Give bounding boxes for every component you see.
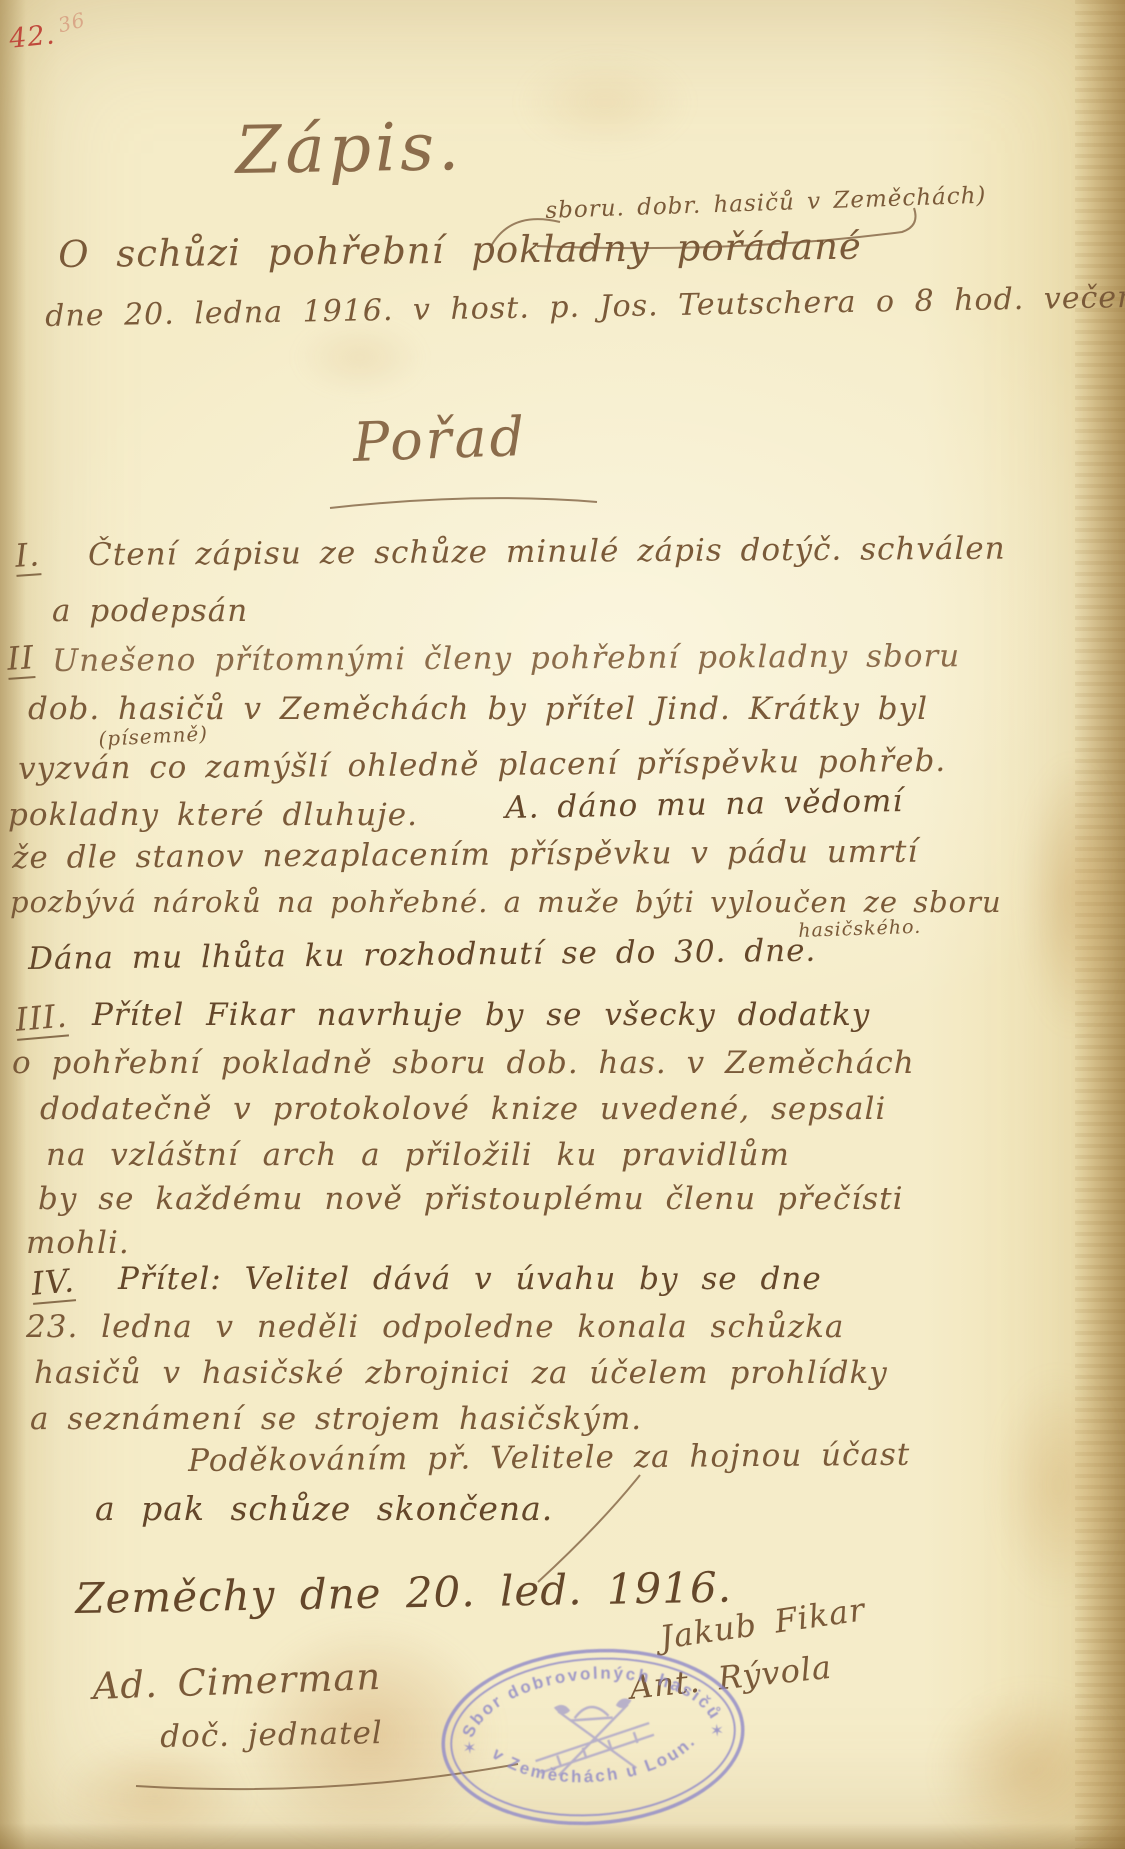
signature: Ad. Cimerman (92, 1658, 382, 1705)
item-line: a podepsán (52, 596, 248, 627)
item-line: Přítel: Velitel dává v úvahu by se dne (118, 1264, 822, 1295)
item-line: Unešeno přítomnými členy pohřební poklad… (52, 641, 960, 677)
item-line: že dle stanov nezaplacením příspěvku v p… (12, 837, 918, 874)
item-line: by se každému nově přistouplému členu př… (38, 1184, 904, 1215)
page-number: 42. (8, 21, 57, 53)
page-edge-right (1075, 0, 1125, 1849)
header-line: dne 20. ledna 1916. v host. p. Jos. Teut… (45, 283, 1125, 332)
stamp-text-top: Sbor dobrovolných hasičů (454, 1655, 726, 1741)
interlinear-note: (písemně) (98, 723, 208, 749)
item-line: pozbývá nároků na pohřebné. a muže býti … (10, 888, 1002, 917)
item-line: 23. ledna v neděli odpoledne konala schů… (26, 1312, 844, 1343)
agenda-heading: Pořad (352, 410, 528, 470)
item-line: dodatečně v protokolové knize uvedené, s… (40, 1094, 886, 1125)
item-line: A. dáno mu na vědomí (505, 786, 904, 824)
manuscript-page: 42. 36 Zápis. sboru. dobr. hasičů v Země… (0, 0, 1125, 1849)
item-numeral-3: III. (14, 999, 69, 1040)
item-numeral-1: I. (14, 538, 41, 577)
header-line: O schůzi pohřební pokladny pořádané (58, 228, 862, 273)
item-line: Čtení zápisu ze schůze minulé zápis dotý… (88, 534, 1006, 571)
item-numeral-4: IV. (30, 1264, 76, 1305)
item-line: pokladny které dluhuje. (8, 800, 418, 831)
item-line: o pohřební pokladně sboru dob. has. v Ze… (12, 1048, 915, 1079)
item-line: Přítel Fikar navrhuje by se všecky dodat… (92, 1000, 870, 1031)
document-title: Zápis. (235, 114, 464, 184)
closing-line: a pak schůze skončena. (95, 1492, 553, 1525)
paper-stain (520, 55, 690, 150)
swash-stroke (330, 498, 597, 508)
item-line: hasičů v hasičské zbrojnici za účelem pr… (34, 1358, 888, 1389)
interlinear-note: hasičského. (798, 918, 922, 941)
item-line: vyzván co zamýšlí ohledně placení příspě… (18, 746, 946, 785)
paper-stain (295, 320, 425, 395)
star-icon: ✶ (462, 1738, 478, 1759)
item-line: na vzláštní arch a přiložili ku pravidlů… (46, 1140, 790, 1171)
pencil-mark: 36 (56, 9, 87, 35)
item-line: mohli. (26, 1228, 130, 1259)
stamp-seal: Sbor dobrovolných hasičů v Zeměchách u L… (432, 1634, 754, 1839)
item-line: dob. hasičů v Zeměchách by přítel Jind. … (28, 694, 928, 725)
agenda-underline (325, 490, 605, 516)
item-numeral-2: II (6, 641, 36, 680)
item-line: Dána mu lhůta ku rozhodnutí se do 30. dn… (28, 936, 816, 975)
item-line: a seznámení se strojem hasičským. (30, 1404, 642, 1435)
page-edge-left (0, 0, 26, 1849)
dateline: Zeměchy dne 20. led. 1916. (75, 1567, 732, 1620)
signature-role: doč. jednatel (160, 1718, 383, 1753)
star-icon: ✶ (709, 1721, 725, 1742)
